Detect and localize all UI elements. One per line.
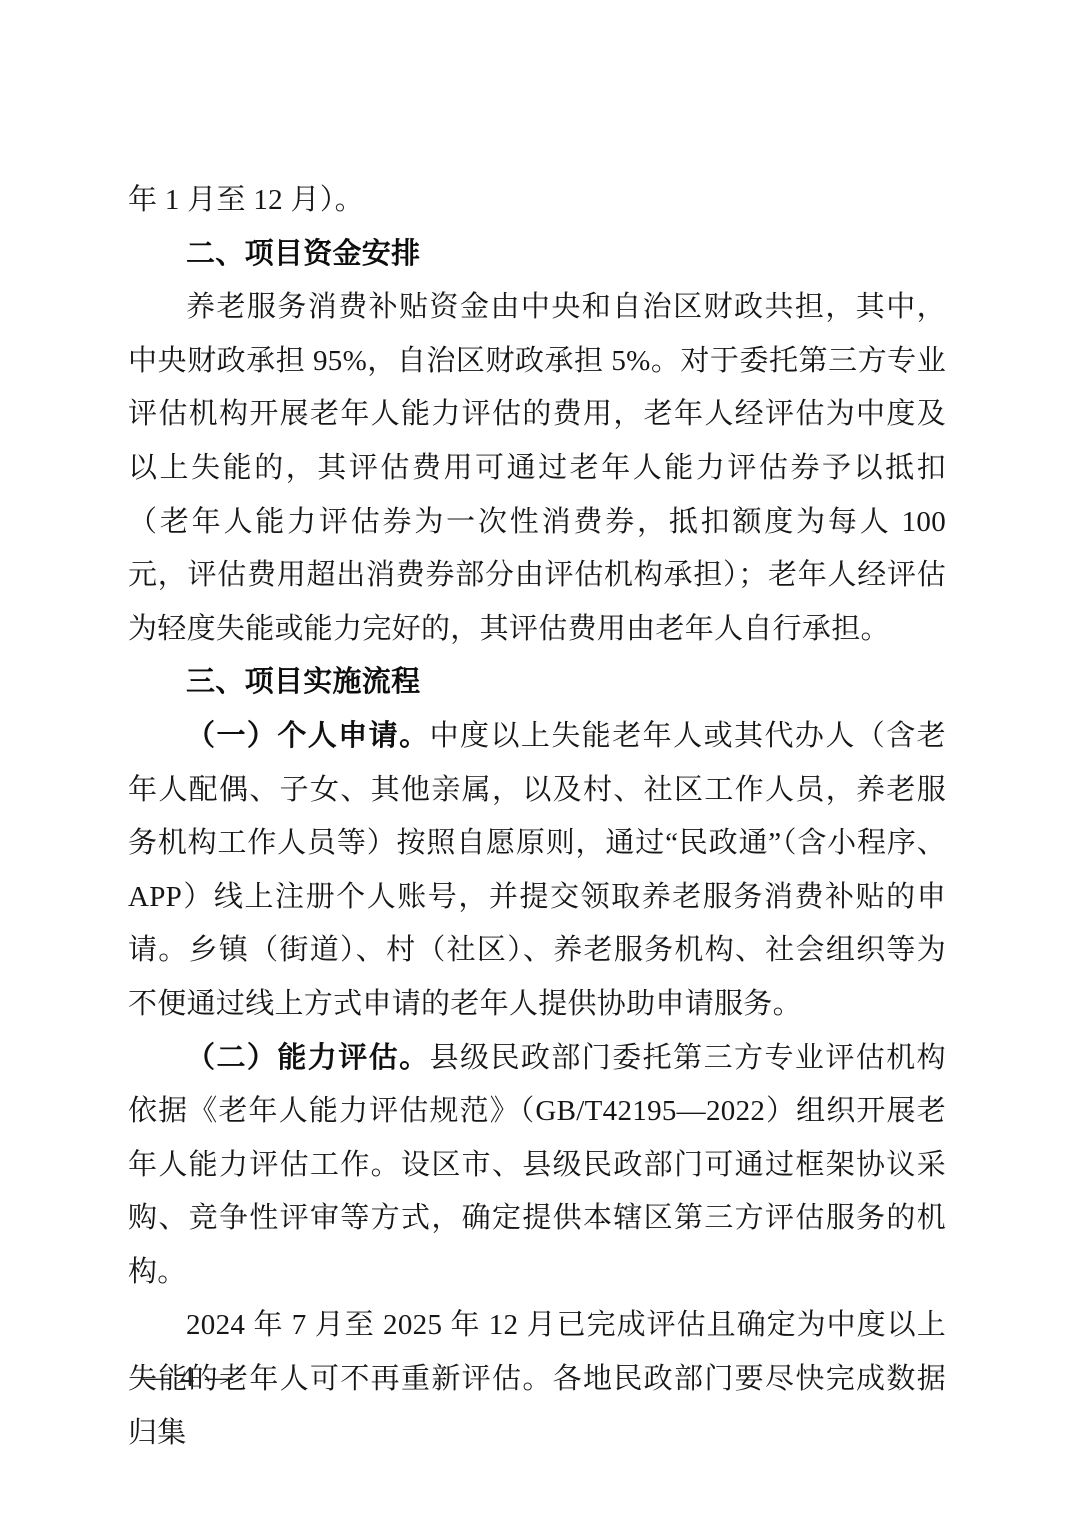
paragraph-assessment-validity: 2024 年 7 月至 2025 年 12 月已完成评估且确定为中度以上失能的老… <box>128 1299 946 1460</box>
paragraph-text-ability-assessment: 县级民政部门委托第三方专业评估机构依据《老年人能力评估规范》（GB/T42195… <box>128 1042 946 1288</box>
paragraph-individual-application: （一）个人申请。中度以上失能老年人或其代办人（含老年人配偶、子女、其他亲属，以及… <box>128 710 946 1032</box>
document-page: 年 1 月至 12 月）。 二、项目资金安排 养老服务消费补贴资金由中央和自治区… <box>0 0 1074 1520</box>
paragraph-page-continuation: 年 1 月至 12 月）。 <box>128 174 946 228</box>
paragraph-lead-individual-application: （一）个人申请。 <box>186 720 430 752</box>
paragraph-funding-arrangement: 养老服务消费补贴资金由中央和自治区财政共担，其中，中央财政承担 95%，自治区财… <box>128 281 946 656</box>
page-number: — 4 — <box>141 1361 235 1395</box>
paragraph-text-individual-application: 中度以上失能老年人或其代办人（含老年人配偶、子女、其他亲属，以及村、社区工作人员… <box>128 720 946 1020</box>
paragraph-ability-assessment: （二）能力评估。县级民政部门委托第三方专业评估机构依据《老年人能力评估规范》（G… <box>128 1032 946 1300</box>
section-heading-implementation: 三、项目实施流程 <box>128 656 946 710</box>
paragraph-lead-ability-assessment: （二）能力评估。 <box>186 1042 430 1074</box>
section-heading-funding: 二、项目资金安排 <box>128 228 946 282</box>
document-body: 年 1 月至 12 月）。 二、项目资金安排 养老服务消费补贴资金由中央和自治区… <box>128 174 946 1460</box>
